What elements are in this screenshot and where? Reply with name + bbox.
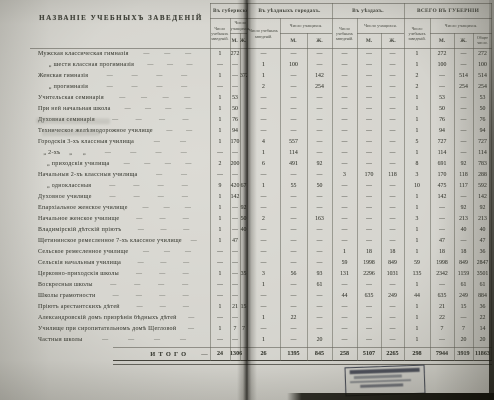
cell: — (454, 106, 473, 112)
cell: — (210, 293, 230, 299)
cell: 61 (454, 282, 473, 288)
leader-dashes: ——— (120, 304, 206, 310)
cell: — (230, 293, 240, 299)
cell: — (332, 282, 357, 288)
leader-dashes: —— (134, 139, 206, 145)
cell: 1 (404, 315, 430, 321)
cell: 1 (404, 337, 430, 343)
header-group-province-city: Въ губернскомъ Число учебныхъ заведеній.… (210, 3, 247, 48)
cell: — (381, 62, 404, 68)
table-row: Духовное училище————1142——————1142—142 (30, 191, 492, 202)
cell: 40 (240, 227, 247, 233)
cell: — (307, 172, 332, 178)
cell: 10 (404, 183, 430, 189)
total-dash: — (201, 351, 208, 358)
cell: — (357, 117, 381, 123)
cell: — (247, 51, 280, 57)
cell: — (357, 161, 381, 167)
cell: 200 (230, 161, 240, 167)
total-label: ИТОГО (150, 351, 189, 358)
cell: 254 (307, 84, 332, 90)
cell: 3 (247, 271, 280, 277)
cell: — (381, 150, 404, 156)
cell: — (357, 194, 381, 200)
cell: — (454, 315, 473, 321)
col-header-num-students: Число учащихся. (280, 18, 332, 33)
total-label-cell: ИТОГО — (30, 351, 210, 358)
cell: — (280, 194, 307, 200)
cell: — (357, 51, 381, 57)
cell: — (280, 216, 307, 222)
cell: — (280, 117, 307, 123)
leader-dashes: — (177, 315, 206, 321)
cell: 1 (247, 62, 280, 68)
cell: — (357, 139, 381, 145)
cell: — (230, 172, 240, 178)
col-header-female: Ж. (307, 33, 332, 48)
cell: — (357, 227, 381, 233)
cell: — (381, 106, 404, 112)
total-cell: 845 (307, 351, 332, 357)
cell: — (280, 238, 307, 244)
cell: 100 (430, 62, 454, 68)
leader-dashes: —— (138, 172, 206, 178)
col-header-male: М. (430, 33, 454, 48)
cell: 2342 (430, 271, 454, 277)
leader-dashes: ———— (95, 117, 206, 123)
cell: — (454, 62, 473, 68)
cell: — (280, 205, 307, 211)
table-row: Сельское ремесленное училище————————1181… (30, 246, 492, 257)
total-cell: 7944 (430, 351, 454, 357)
cell: — (230, 315, 240, 321)
cell: — (230, 216, 240, 222)
cell: — (381, 183, 404, 189)
cell: 92 (240, 205, 247, 211)
cell: — (381, 315, 404, 321)
col-header-male: М. (280, 33, 307, 48)
cell: — (230, 73, 240, 79)
cell: — (332, 326, 357, 332)
cell: 21 (430, 304, 454, 310)
row-label: „ прогимназія———— (30, 84, 210, 90)
header-group-districts: Въ уѣздахъ. Число учебныхъ заведеній. Чи… (332, 3, 404, 48)
cell: — (210, 337, 230, 343)
total-row: ИТОГО — 24130626139584525851072265298794… (30, 348, 492, 360)
cell: 114 (430, 150, 454, 156)
table-row: Учительская семинарія————153——————153—53 (30, 92, 492, 103)
cell: — (307, 205, 332, 211)
cell: — (357, 326, 381, 332)
leader-dashes: ———— (88, 84, 206, 90)
cell: — (332, 315, 357, 321)
cell: 56 (280, 271, 307, 277)
cell: — (381, 117, 404, 123)
cell: — (230, 249, 240, 255)
cell: 1 (210, 216, 230, 222)
cell: 1 (210, 73, 230, 79)
cell: 92 (454, 205, 473, 211)
table-row: Щетининское ремесленное 7-хъ классное уч… (30, 235, 492, 246)
table-row: „ прогимназія——————2—254———2—254254 (30, 81, 492, 92)
cell: 2 (404, 84, 430, 90)
cell: 118 (454, 172, 473, 178)
row-label: Владимірскій дѣтскій пріютъ——— (30, 227, 210, 233)
cell: — (381, 282, 404, 288)
cell: 1 (247, 183, 280, 189)
leader-dashes: —— (153, 128, 206, 134)
cell: — (332, 62, 357, 68)
col-header-num-schools: Число учебныхъ заведеній. (332, 18, 357, 48)
table-row: Александровскій домъ призрѣнія бѣдныхъ д… (30, 312, 492, 323)
cell: 272 (230, 51, 240, 57)
cell: — (210, 249, 230, 255)
cell: — (280, 337, 307, 343)
cell: — (280, 304, 307, 310)
cell: — (230, 84, 240, 90)
cell: 249 (381, 293, 404, 299)
row-label: Епархіальное женское училище——— (30, 205, 210, 211)
cell: — (247, 128, 280, 134)
table-body: Мужская классическая гимназія———1272————… (30, 48, 492, 345)
cell: — (381, 216, 404, 222)
table-row: „ приходскія училища————2200649192———869… (30, 158, 492, 169)
cell: — (230, 62, 240, 68)
cell: — (307, 227, 332, 233)
cell: — (430, 205, 454, 211)
cell: — (381, 84, 404, 90)
col-header-male: М. (357, 33, 381, 48)
cell: — (332, 51, 357, 57)
cell: — (230, 271, 240, 277)
cell: 3 (332, 172, 357, 178)
cell: 55 (280, 183, 307, 189)
cell: 2 (247, 216, 280, 222)
cell: 849 (454, 260, 473, 266)
cell: 1 (210, 95, 230, 101)
total-cell: 2265 (381, 351, 404, 357)
row-label: Частныя школы———— (30, 337, 210, 343)
cell: — (381, 128, 404, 134)
col-header-female: Ж. (381, 33, 404, 48)
table-row: Пріютъ арестантскихъ дѣтей———12115——————… (30, 301, 492, 312)
cell: — (280, 128, 307, 134)
cell: — (247, 227, 280, 233)
cell: 92 (307, 161, 332, 167)
total-cell: 5107 (357, 351, 381, 357)
cell: 635 (430, 293, 454, 299)
cell: — (381, 238, 404, 244)
cell: — (210, 172, 230, 178)
row-label: Мужская классическая гимназія——— (30, 51, 210, 57)
cell: — (332, 304, 357, 310)
cell: 44 (404, 293, 430, 299)
cell: 50 (430, 106, 454, 112)
cell: — (357, 106, 381, 112)
total-cell: 3919 (454, 351, 473, 357)
cell: 35 (240, 271, 247, 277)
cell: — (280, 51, 307, 57)
col-header-female: Ж. (454, 33, 473, 48)
cell: — (332, 227, 357, 233)
cell: — (332, 117, 357, 123)
cell: 213 (454, 216, 473, 222)
cell: 20 (307, 337, 332, 343)
cell: — (307, 62, 332, 68)
leader-dashes: ——— (121, 260, 206, 266)
cell: 22 (280, 315, 307, 321)
cell: 1 (404, 249, 430, 255)
cell: 5 (404, 139, 430, 145)
col-header-num-schools: Число учебныхъ заведеній. (247, 18, 280, 48)
cell: 1 (404, 128, 430, 134)
cell: — (210, 315, 230, 321)
cell: — (454, 150, 473, 156)
cell: — (332, 84, 357, 90)
cell: — (307, 326, 332, 332)
cell: — (357, 282, 381, 288)
cell: — (454, 128, 473, 134)
cell: — (332, 150, 357, 156)
table-row: Городскія 3-хъ классныя училища——1170455… (30, 136, 492, 147)
col-header-male: М. (230, 33, 240, 48)
cell: — (357, 150, 381, 156)
cell: 142 (230, 194, 240, 200)
cell: 727 (430, 139, 454, 145)
table-row: Начальныя 2-хъ классныя училища———————31… (30, 169, 492, 180)
leader-dashes: ——— (134, 62, 206, 68)
cell: 514 (454, 73, 473, 79)
leader-dashes: ———— (104, 95, 206, 101)
cell: — (307, 106, 332, 112)
cell: 117 (454, 183, 473, 189)
photo-edge-bottom (287, 393, 494, 400)
cell: 142 (430, 194, 454, 200)
cell: — (357, 304, 381, 310)
cell: 100 (280, 62, 307, 68)
cell: 21 (230, 304, 240, 310)
leader-dashes: ——— (121, 227, 206, 233)
cell: 1 (404, 205, 430, 211)
cell: — (280, 249, 307, 255)
table-row: Епархіальное женское училище———1—92—————… (30, 202, 492, 213)
statistics-table: НАЗВАНІЕ УЧЕБНЫХЪ ЗАВЕДЕНІЙ Въ губернско… (30, 3, 492, 364)
cell: 1 (210, 128, 230, 134)
cell: — (430, 337, 454, 343)
col-header-num-schools: Число учебныхъ заведеній. (404, 18, 430, 48)
cell: 53 (230, 95, 240, 101)
leader-dashes: ———— (86, 150, 206, 156)
cell: 1 (210, 238, 230, 244)
cell: — (247, 304, 280, 310)
row-label: Училище при сиропитательномъ домѣ Щеглов… (30, 326, 210, 332)
table-row: При ней начальная школа————150——————150—… (30, 103, 492, 114)
col-header-num-schools: Число учебныхъ заведеній. (210, 18, 230, 48)
cell: 635 (357, 293, 381, 299)
cell: — (307, 150, 332, 156)
cell: — (247, 95, 280, 101)
cell: 254 (454, 84, 473, 90)
cell: — (247, 238, 280, 244)
cell: — (381, 161, 404, 167)
cell: 47 (230, 238, 240, 244)
cell: 1 (404, 150, 430, 156)
row-label: Духовная семинарія———— (30, 117, 210, 123)
leader-dashes: ———— (82, 337, 206, 343)
cell: 20 (454, 337, 473, 343)
col-header-num-students: Число учащихся. (430, 18, 492, 33)
total-cell: 24 (210, 351, 230, 357)
cell: — (230, 337, 240, 343)
cell: — (230, 205, 240, 211)
cell: 1 (332, 249, 357, 255)
cell: — (280, 282, 307, 288)
cell: — (454, 194, 473, 200)
row-label: Церковно-приходскія школы——— (30, 271, 210, 277)
bottom-rule (113, 360, 492, 365)
cell: — (332, 337, 357, 343)
row-label: Сельскія начальныя училища——— (30, 260, 210, 266)
cell: — (307, 128, 332, 134)
cell: — (247, 326, 280, 332)
cell: — (210, 150, 230, 156)
cell: 94 (430, 128, 454, 134)
cell: 1 (210, 194, 230, 200)
cell: — (332, 216, 357, 222)
name-column-header: НАЗВАНІЕ УЧЕБНЫХЪ ЗАВЕДЕНІЙ (30, 3, 210, 48)
table-row: Воскресныя школы——————1—61———1—6161 (30, 279, 492, 290)
cell: — (332, 205, 357, 211)
cell: — (430, 227, 454, 233)
scanned-document-page: НАЗВАНІЕ УЧЕБНЫХЪ ЗАВЕДЕНІЙ Въ губернско… (0, 0, 494, 400)
cell: 1 (210, 139, 230, 145)
row-label: Начальное женское училище——— (30, 216, 210, 222)
total-cell: 1306 (230, 351, 240, 357)
cell: — (210, 62, 230, 68)
cell: 1 (247, 337, 280, 343)
leader-dashes: ———— (92, 194, 206, 200)
table-row: Начальное женское училище———1—502—163———… (30, 213, 492, 224)
row-label: Начальныя 2-хъ классныя училища—— (30, 172, 210, 178)
cell: 1 (404, 304, 430, 310)
total-cell: 1395 (280, 351, 307, 357)
row-label: Щетининское ремесленное 7-хъ классное уч… (30, 238, 210, 244)
cell: — (357, 216, 381, 222)
cell: — (280, 73, 307, 79)
cell: — (280, 227, 307, 233)
cell: — (230, 150, 240, 156)
cell: — (357, 238, 381, 244)
cell: — (307, 238, 332, 244)
leader-dashes: ———— (88, 73, 206, 79)
cell: — (247, 249, 280, 255)
row-label: Пріютъ арестантскихъ дѣтей——— (30, 304, 210, 310)
leader-dashes: ——— (119, 271, 206, 277)
library-stamp (345, 365, 426, 397)
cell: — (307, 293, 332, 299)
cell: 61 (307, 282, 332, 288)
row-label: Техническое желѣзнодорожное училище—— (30, 128, 210, 134)
row-label: Женская гимназія———— (30, 73, 210, 79)
cell: — (332, 238, 357, 244)
cell: 1 (404, 326, 430, 332)
cell: 142 (307, 73, 332, 79)
table-row: „ 2-хъ „ „——————1114————1114—114 (30, 147, 492, 158)
cell: — (247, 172, 280, 178)
total-cell: 298 (404, 351, 430, 357)
cell: 59 (332, 260, 357, 266)
cell: — (332, 128, 357, 134)
cell: — (280, 95, 307, 101)
cell: 93 (307, 271, 332, 277)
header-group-district-cities: Въ уѣздныхъ городахъ. Число учебныхъ зав… (247, 3, 332, 48)
cell: — (210, 84, 230, 90)
cell: — (247, 293, 280, 299)
cell: 1 (404, 194, 430, 200)
cell: 1 (404, 106, 430, 112)
cell: 15 (454, 304, 473, 310)
table-header: НАЗВАНІЕ УЧЕБНЫХЪ ЗАВЕДЕНІЙ Въ губернско… (30, 3, 492, 48)
leader-dashes: ——— (128, 205, 206, 211)
row-label: Городскія 3-хъ классныя училища—— (30, 139, 210, 145)
cell: 50 (240, 216, 247, 222)
cell: 2 (210, 161, 230, 167)
col-header-female: Ж. (240, 33, 247, 48)
cell: — (230, 260, 240, 266)
leader-dashes: ——— (128, 249, 206, 255)
cell: 2 (247, 84, 280, 90)
cell: 170 (230, 139, 240, 145)
cell: 7 (240, 326, 247, 332)
cell: 1 (404, 51, 430, 57)
cell: — (381, 95, 404, 101)
cell: — (332, 106, 357, 112)
cell: 2 (404, 73, 430, 79)
cell: — (332, 161, 357, 167)
cell: — (357, 337, 381, 343)
cell: 92 (454, 161, 473, 167)
cell: — (210, 282, 230, 288)
cell: 114 (280, 150, 307, 156)
cell: — (247, 117, 280, 123)
cell: 18 (430, 249, 454, 255)
photo-edge-right (489, 0, 494, 400)
cell: — (357, 95, 381, 101)
cell: 1 (404, 117, 430, 123)
cell: 18 (357, 249, 381, 255)
cell: 1 (210, 117, 230, 123)
cell: 170 (430, 172, 454, 178)
cell: — (307, 139, 332, 145)
table-row: Школы грамотности—————————44635249446352… (30, 290, 492, 301)
cell: 7 (430, 326, 454, 332)
row-label: „ одноклассныя———— (30, 183, 210, 189)
cell: — (247, 194, 280, 200)
cell: — (430, 282, 454, 288)
cell: 1 (247, 282, 280, 288)
cell: 1 (210, 326, 230, 332)
cell: 40 (454, 227, 473, 233)
table-row: Сельскія начальныя училища————————591998… (30, 257, 492, 268)
table-row: Духовная семинарія————176——————176—76 (30, 114, 492, 125)
cell: 249 (454, 293, 473, 299)
cell: 1 (404, 282, 430, 288)
cell: — (454, 139, 473, 145)
cell: — (381, 194, 404, 200)
cell: 7 (454, 326, 473, 332)
cell: 94 (230, 128, 240, 134)
total-cell: 26 (247, 351, 280, 357)
